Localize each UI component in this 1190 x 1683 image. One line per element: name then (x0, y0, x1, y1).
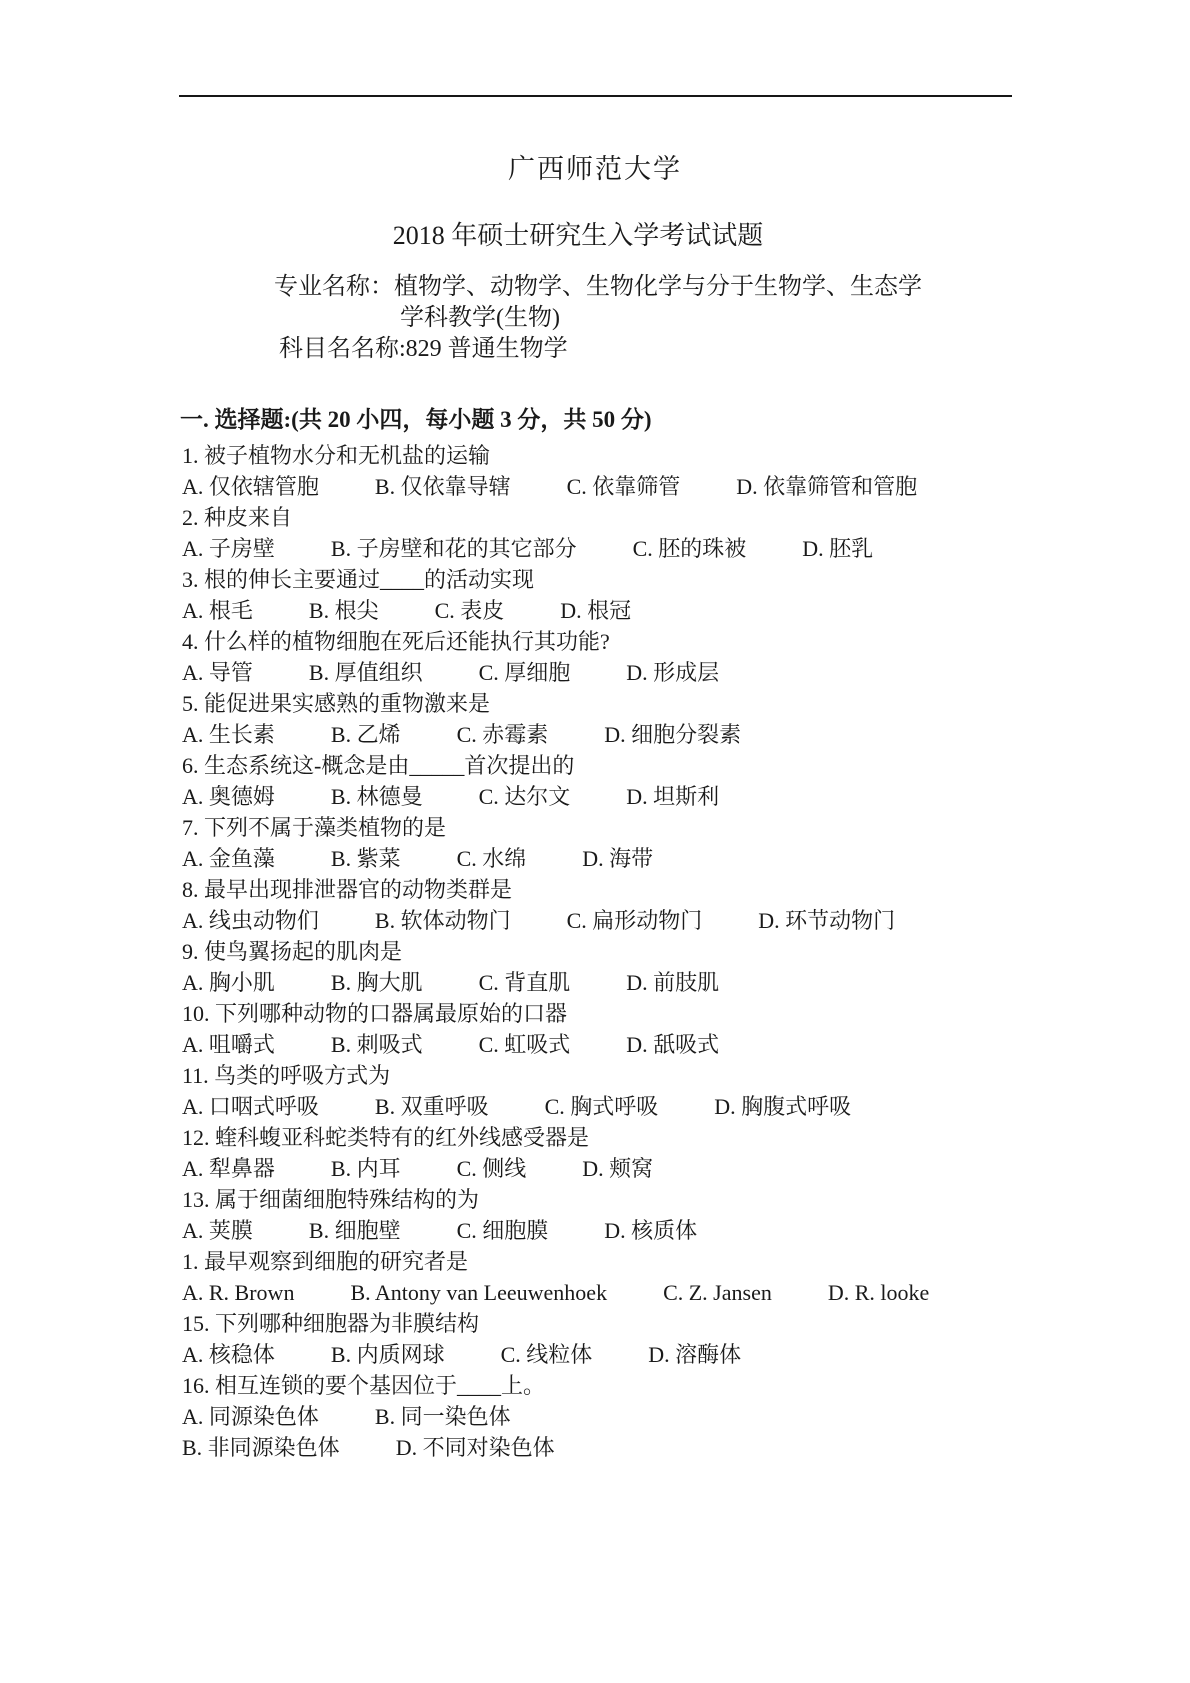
question-option: A. 咀嚼式 (182, 1029, 275, 1060)
question-options-row: A. 导管B. 厚值组织C. 厚细胞D. 形成层 (182, 657, 1112, 688)
question-options-row: A. 犁鼻器B. 内耳C. 侧线D. 颊窝 (182, 1153, 1112, 1184)
question-stem: 11. 鸟类的呼吸方式为 (182, 1060, 1112, 1091)
question-options-row: A. R. BrownB. Antony van LeeuwenhoekC. Z… (182, 1277, 1112, 1308)
question-stem: 2. 种皮来自 (182, 502, 1112, 533)
header-rule-line (179, 95, 1012, 97)
exam-title: 2018 年硕士研究生入学考试试题 (0, 221, 1156, 251)
question-option: C. 厚细胞 (479, 657, 571, 688)
question-option: D. 根冠 (560, 595, 631, 626)
question-option: C. 线粒体 (501, 1339, 593, 1370)
question-option: C. 赤霉素 (457, 719, 549, 750)
question-option: A. 同源染色体 (182, 1401, 319, 1432)
question-options-row: A. 胸小肌B. 胸大肌C. 背直肌D. 前肢肌 (182, 967, 1112, 998)
question-stem: 7. 下列不属于藻类植物的是 (182, 812, 1112, 843)
question-stem: 5. 能促进果实感熟的重物激来是 (182, 688, 1112, 719)
section-heading: 一. 选择题:(共 20 小四，每小题 3 分，共 50 分) (180, 406, 651, 433)
question-stem: 8. 最早出现排泄器官的动物类群是 (182, 874, 1112, 905)
question-option: B. 同一染色体 (375, 1401, 511, 1432)
question-options-row: A. 根毛B. 根尖C. 表皮D. 根冠 (182, 595, 1112, 626)
question-option: D. 颊窝 (582, 1153, 653, 1184)
question-options-row: A. 同源染色体B. 同一染色体 (182, 1401, 1112, 1432)
question-option: D. 胚乳 (802, 533, 873, 564)
question-option: D. 核质体 (604, 1215, 697, 1246)
question-option: B. 双重呼吸 (375, 1091, 489, 1122)
question-option: C. 胸式呼吸 (545, 1091, 659, 1122)
question-option: B. 非同源染色体 (182, 1432, 340, 1463)
question-stem: 9. 使鸟翼扬起的肌肉是 (182, 936, 1112, 967)
question-stem: 4. 什么样的植物细胞在死后还能执行其功能? (182, 626, 1112, 657)
question-option: B. 内质网球 (331, 1339, 445, 1370)
question-option: D. R. looke (828, 1277, 929, 1308)
question-option: D. 胸腹式呼吸 (714, 1091, 851, 1122)
question-option: C. Z. Jansen (663, 1277, 772, 1308)
question-option: A. 奥德姆 (182, 781, 275, 812)
question-option: D. 细胞分裂素 (604, 719, 741, 750)
question-option: B. Antony van Leeuwenhoek (350, 1277, 607, 1308)
question-option: A. 生长素 (182, 719, 275, 750)
question-option: B. 内耳 (331, 1153, 401, 1184)
question-option: B. 胸大肌 (331, 967, 423, 998)
question-option: A. 子房壁 (182, 533, 275, 564)
question-stem: 3. 根的伸长主要通过____的活动实现 (182, 564, 1112, 595)
question-stem: 16. 相互连锁的要个基因位于____上。 (182, 1370, 1112, 1401)
question-options-row: A. 口咽式呼吸B. 双重呼吸C. 胸式呼吸D. 胸腹式呼吸 (182, 1091, 1112, 1122)
question-option: A. 金鱼藻 (182, 843, 275, 874)
exam-paper-page: 广西师范大学 2018 年硕士研究生入学考试试题 专业名称：植物学、动物学、生物… (0, 0, 1190, 1683)
question-option: B. 细胞壁 (309, 1215, 401, 1246)
question-option: C. 扁形动物门 (567, 905, 703, 936)
question-option: C. 水绵 (457, 843, 527, 874)
question-option: A. 犁鼻器 (182, 1153, 275, 1184)
question-option: A. 线虫动物们 (182, 905, 319, 936)
question-option: C. 表皮 (435, 595, 505, 626)
major-name-line: 专业名称：植物学、动物学、生物化学与分于生物学、生态学 (274, 273, 922, 301)
question-option: C. 达尔文 (479, 781, 571, 812)
subject-name-line: 科目名名称:829 普通生物学 (279, 335, 568, 363)
question-option: A. 导管 (182, 657, 253, 688)
question-option: A. 根毛 (182, 595, 253, 626)
question-option: A. R. Brown (182, 1277, 294, 1308)
question-option: C. 虹吸式 (479, 1029, 571, 1060)
question-options-row: A. 咀嚼式B. 刺吸式C. 虹吸式D. 舐吸式 (182, 1029, 1112, 1060)
question-stem: 10. 下列哪种动物的口器属最原始的口器 (182, 998, 1112, 1029)
question-option: D. 溶酶体 (648, 1339, 741, 1370)
questions-list: 1. 被子植物水分和无机盐的运输A. 仅依辖管胞B. 仅依靠导辖C. 依靠筛管D… (182, 440, 1112, 1463)
question-options-row: A. 荚膜B. 细胞壁C. 细胞膜D. 核质体 (182, 1215, 1112, 1246)
university-title: 广西师范大学 (0, 153, 1190, 185)
question-option: B. 紫菜 (331, 843, 401, 874)
major-name-line-2: 学科教学(生物) (400, 304, 560, 332)
question-stem: 1. 最早观察到细胞的研究者是 (182, 1246, 1112, 1277)
question-options-row: A. 子房壁B. 子房壁和花的其它部分C. 胚的珠被D. 胚乳 (182, 533, 1112, 564)
question-option: A. 口咽式呼吸 (182, 1091, 319, 1122)
question-stem: 1. 被子植物水分和无机盐的运输 (182, 440, 1112, 471)
question-options-row: A. 奥德姆B. 林德曼C. 达尔文D. 坦斯利 (182, 781, 1112, 812)
question-option: C. 侧线 (457, 1153, 527, 1184)
question-option: D. 不同对染色体 (396, 1432, 555, 1463)
question-option: C. 细胞膜 (457, 1215, 549, 1246)
question-option: D. 舐吸式 (626, 1029, 719, 1060)
question-option: A. 荚膜 (182, 1215, 253, 1246)
question-option: B. 子房壁和花的其它部分 (331, 533, 577, 564)
question-option: B. 厚值组织 (309, 657, 423, 688)
question-option: A. 胸小肌 (182, 967, 275, 998)
question-option: C. 胚的珠被 (633, 533, 747, 564)
question-stem: 6. 生态系统这-概念是由_____首次提出的 (182, 750, 1112, 781)
question-option: B. 刺吸式 (331, 1029, 423, 1060)
question-option: D. 依靠筛管和管胞 (736, 471, 917, 502)
question-option: D. 前肢肌 (626, 967, 719, 998)
question-option: C. 依靠筛管 (567, 471, 681, 502)
question-option: D. 环节动物门 (758, 905, 895, 936)
question-options-row: A. 仅依辖管胞B. 仅依靠导辖C. 依靠筛管D. 依靠筛管和管胞 (182, 471, 1112, 502)
question-options-row: A. 金鱼藻B. 紫菜C. 水绵D. 海带 (182, 843, 1112, 874)
question-option: A. 仅依辖管胞 (182, 471, 319, 502)
question-options-row: A. 线虫动物们B. 软体动物门C. 扁形动物门D. 环节动物门 (182, 905, 1112, 936)
question-stem: 12. 蝰科蝮亚科蛇类特有的红外线感受器是 (182, 1122, 1112, 1153)
question-option: A. 核稳体 (182, 1339, 275, 1370)
question-stem: 15. 下列哪种细胞器为非膜结构 (182, 1308, 1112, 1339)
question-option: D. 海带 (582, 843, 653, 874)
question-stem: 13. 属于细菌细胞特殊结构的为 (182, 1184, 1112, 1215)
question-options-row: B. 非同源染色体D. 不同对染色体 (182, 1432, 1112, 1463)
question-options-row: A. 生长素B. 乙烯C. 赤霉素D. 细胞分裂素 (182, 719, 1112, 750)
question-option: D. 坦斯利 (626, 781, 719, 812)
question-options-row: A. 核稳体B. 内质网球C. 线粒体D. 溶酶体 (182, 1339, 1112, 1370)
question-option: B. 根尖 (309, 595, 379, 626)
question-option: B. 乙烯 (331, 719, 401, 750)
question-option: C. 背直肌 (479, 967, 571, 998)
question-option: D. 形成层 (626, 657, 719, 688)
question-option: B. 仅依靠导辖 (375, 471, 511, 502)
question-option: B. 林德曼 (331, 781, 423, 812)
question-option: B. 软体动物门 (375, 905, 511, 936)
